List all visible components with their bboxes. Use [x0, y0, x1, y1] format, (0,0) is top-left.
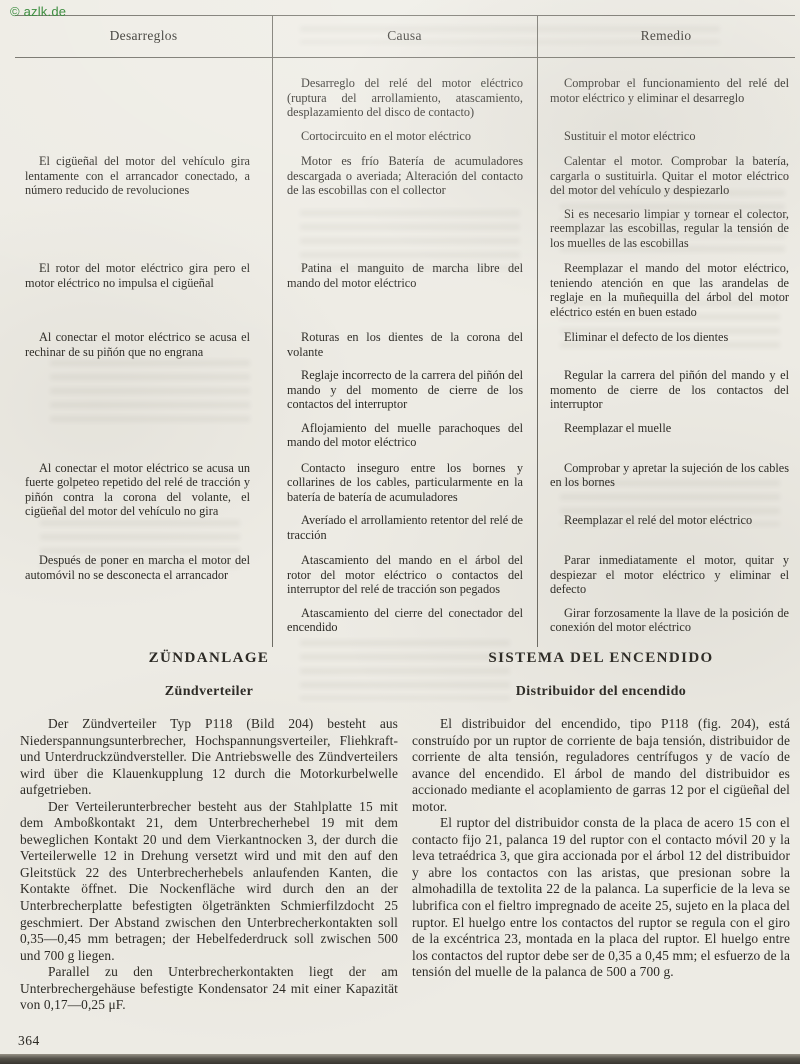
scan-edge-shadow [0, 1054, 800, 1064]
column-header-remedio: Remedio [537, 28, 795, 44]
table-body: Desarreglo del relé del motor eléctrico … [15, 57, 795, 647]
table-row: Al conectar el motor eléctrico se acusa … [15, 330, 795, 450]
remedy-cell: Si es necesario limpiar y tornear el col… [537, 207, 795, 251]
remedy-cell: Comprobar el funcionamiento del relé del… [537, 76, 795, 120]
german-column: ZÜNDANLAGE Zündverteiler Der Zündverteil… [20, 650, 398, 1014]
bilingual-text-section: ZÜNDANLAGE Zündverteiler Der Zündverteil… [20, 650, 790, 1014]
table-header-row: Desarreglos Causa Remedio [15, 15, 795, 57]
paragraph: El ruptor del distribuidor consta de la … [412, 815, 790, 980]
page-number: 364 [18, 1033, 40, 1049]
cause-cell: Averíado el arrollamiento retentor del r… [272, 513, 537, 542]
problem-cell: Al conectar el motor eléctrico se acusa … [15, 461, 272, 543]
table-top-rule [15, 15, 795, 16]
section-title-es: SISTEMA DEL ENCENDIDO [412, 650, 790, 667]
problem-cell: Después de poner en marcha el motor del … [15, 553, 272, 635]
remedy-cell: Reemplazar el relé del motor eléctrico [537, 513, 795, 542]
remedy-cell: Sustituir el motor eléctrico [537, 129, 795, 144]
section-title-de: ZÜNDANLAGE [20, 650, 398, 667]
cause-cell: Roturas en los dientes de la corona del … [272, 330, 537, 359]
column-header-causa: Causa [272, 28, 537, 44]
remedy-cell: Reemplazar el mando del motor eléctrico,… [537, 261, 795, 319]
cause-cell: Atascamiento del cierre del conectador d… [272, 606, 537, 635]
troubleshooting-table: Desarreglos Causa Remedio Desarreglo del… [15, 15, 795, 647]
paragraph: El distribuidor del encendido, tipo P118… [412, 716, 790, 815]
spanish-column: SISTEMA DEL ENCENDIDO Distribuidor del e… [412, 650, 790, 1014]
problem-cell: El cigüeñal del motor del vehículo gira … [15, 154, 272, 250]
table-row: Al conectar el motor eléctrico se acusa … [15, 461, 795, 543]
table-row: El cigüeñal del motor del vehículo gira … [15, 154, 795, 250]
header-separator-rule [15, 57, 795, 58]
remedy-cell: Girar forzosamente la llave de la posici… [537, 606, 795, 635]
remedy-cell: Parar inmediatamente el motor, quitar y … [537, 553, 795, 597]
problem-cell [15, 76, 272, 143]
cause-cell: Patina el manguito de marcha libre del m… [272, 261, 537, 319]
table-row: El rotor del motor eléctrico gira pero e… [15, 261, 795, 319]
problem-cell: Al conectar el motor eléctrico se acusa … [15, 330, 272, 450]
section-subtitle-es: Distribuidor del encendido [412, 684, 790, 700]
paragraph: Der Zündverteiler Typ P118 (Bild 204) be… [20, 716, 398, 799]
remedy-cell: Reemplazar el muelle [537, 421, 795, 450]
section-subtitle-de: Zündverteiler [20, 684, 398, 700]
column-divider [537, 15, 538, 647]
cause-cell: Reglaje incorrecto de la carrera del piñ… [272, 368, 537, 412]
remedy-cell: Eliminar el defecto de los dientes [537, 330, 795, 359]
cause-cell: Cortocircuito en el motor eléctrico [272, 129, 537, 144]
paragraph: Parallel zu den Unterbrecherkontakten li… [20, 964, 398, 1014]
table-row: Después de poner en marcha el motor del … [15, 553, 795, 635]
column-header-desarreglos: Desarreglos [15, 28, 272, 44]
cause-cell: Motor es frío Batería de acumuladores de… [272, 154, 537, 198]
remedy-cell: Regular la carrera del piñón del mando y… [537, 368, 795, 412]
cause-cell: Atascamiento del mando en el árbol del r… [272, 553, 537, 597]
cause-cell: Contacto inseguro entre los bornes y col… [272, 461, 537, 505]
table-row: Desarreglo del relé del motor eléctrico … [15, 76, 795, 143]
cause-cell: Aflojamiento del muelle parachoques del … [272, 421, 537, 450]
site-watermark: © azlk.de [10, 4, 66, 19]
remedy-cell: Calentar el motor. Comprobar la batería,… [537, 154, 795, 198]
column-divider [272, 15, 273, 647]
cause-cell: Desarreglo del relé del motor eléctrico … [272, 76, 537, 120]
problem-cell: El rotor del motor eléctrico gira pero e… [15, 261, 272, 319]
cause-cell [272, 207, 537, 251]
paragraph: Der Verteilerunterbrecher besteht aus de… [20, 799, 398, 964]
remedy-cell: Comprobar y apretar la sujeción de los c… [537, 461, 795, 505]
